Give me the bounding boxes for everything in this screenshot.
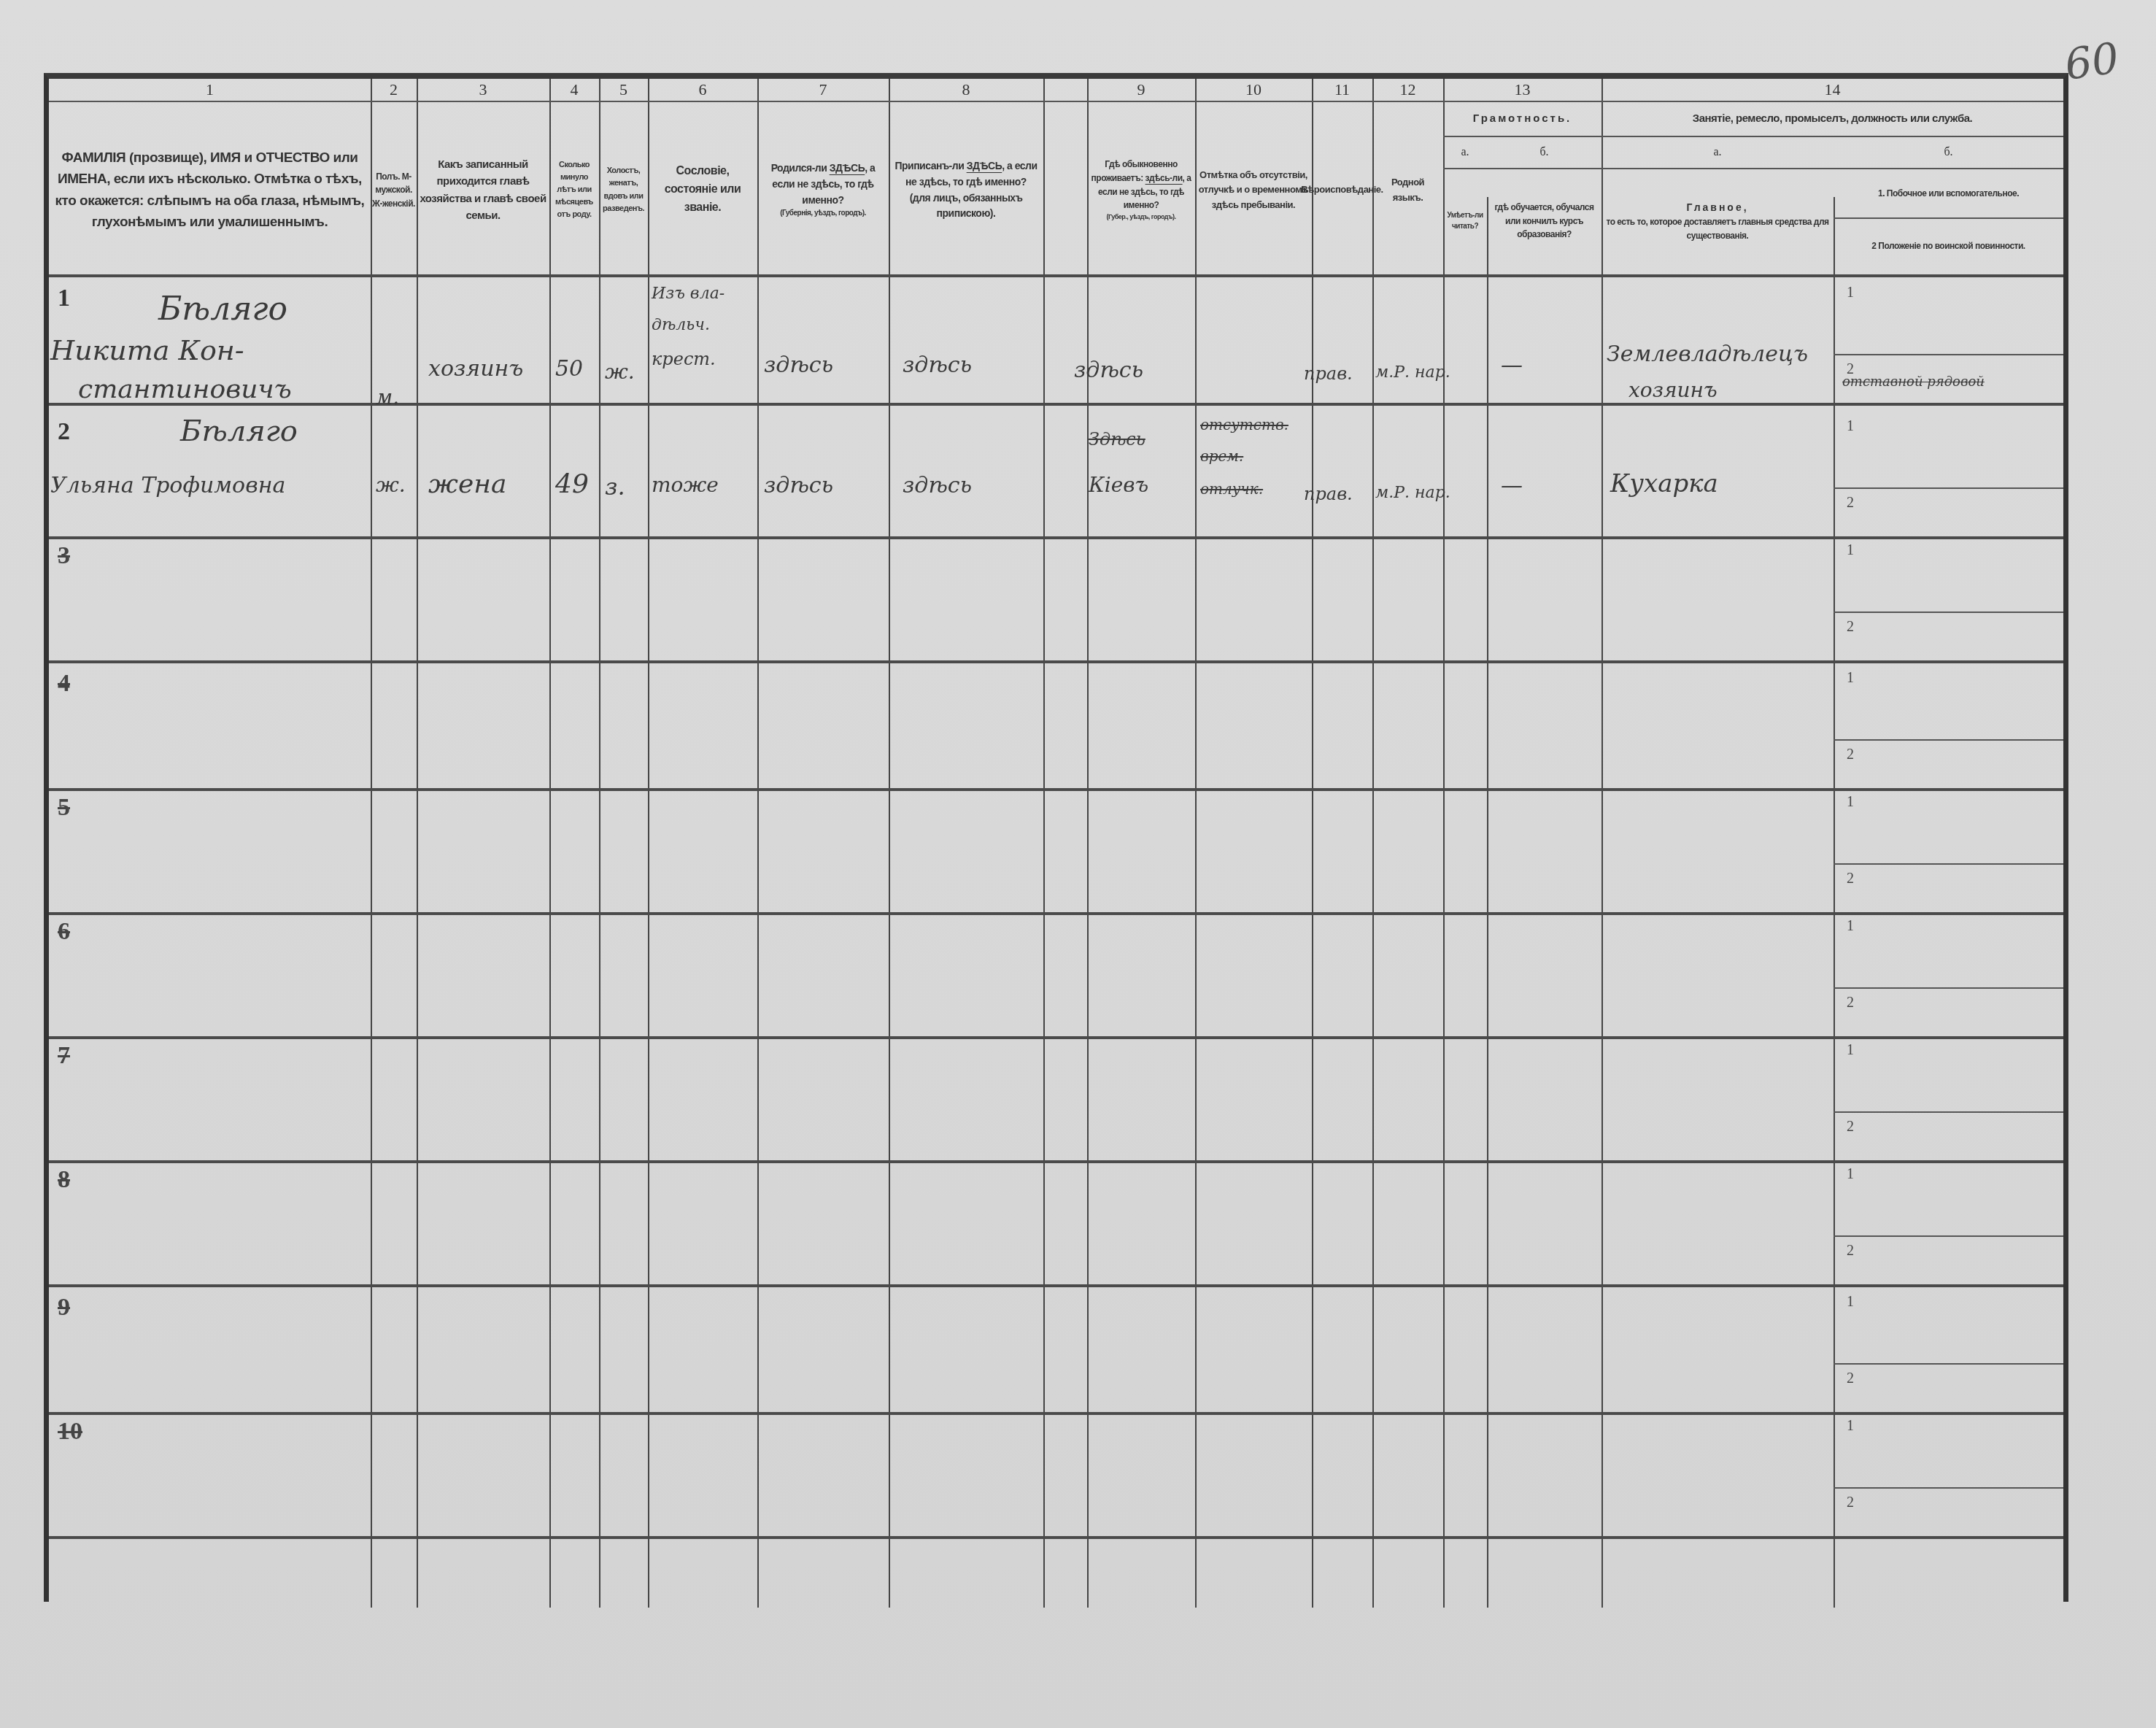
header-col6-estate: Сословіе, состояніе или званіе. xyxy=(652,108,754,272)
row2-sex: ж. xyxy=(376,473,406,497)
colnum-8: 8 xyxy=(889,79,1043,101)
row1-marital: ж. xyxy=(605,360,635,384)
colnum-9: 9 xyxy=(1087,79,1195,101)
row2-surname: Бѣляго xyxy=(180,414,298,448)
colnum-13: 13 xyxy=(1443,79,1601,101)
census-form-table: 1 2 3 4 5 6 7 8 9 10 11 12 13 14 ФАМИЛІЯ… xyxy=(44,73,2068,1602)
row1-occupation-main-2: хозяинъ xyxy=(1628,378,1718,402)
row2-occupation-main: Кухарка xyxy=(1610,469,1718,498)
row-rule xyxy=(49,912,2063,915)
row1-surname: Бѣляго xyxy=(158,290,287,328)
subrow-rule xyxy=(1834,739,2063,741)
header-col10-absence: Отмѣтка объ отсутствіи, отлучкѣ и о врем… xyxy=(1197,108,1310,272)
header-col11-religion: Вѣроисповѣданіе. xyxy=(1314,108,1370,272)
colnum-14: 14 xyxy=(1601,79,2063,101)
subrow-label-1: 1 xyxy=(1847,794,1854,811)
subrow-label-1: 1 xyxy=(1847,918,1854,935)
page-number: 60 xyxy=(2062,33,2122,90)
subrow-label-1: 1 xyxy=(1847,1166,1854,1183)
header-col13a-label: Умѣетъ-ли читать? xyxy=(1445,170,1485,272)
header-col8-registered: Приписанъ-ли ЗДѢСЬ, а если не здѣсь, то … xyxy=(892,108,1040,272)
row-number: 5 xyxy=(58,794,70,822)
header-col4-age: Сколько минуло лѣтъ или мѣсяцевъ отъ род… xyxy=(551,108,598,272)
row1-residence: здѣсь xyxy=(1074,358,1143,383)
colnum-10: 10 xyxy=(1195,79,1312,101)
row2-birthplace: здѣсь xyxy=(764,473,833,498)
header-col13b-letter: б. xyxy=(1487,137,1601,168)
col-divider xyxy=(1487,197,1488,1608)
row2-literacy-a: — xyxy=(1501,473,1523,498)
col-divider xyxy=(599,79,600,1608)
row-number: 3 xyxy=(58,542,70,570)
colnum-7: 7 xyxy=(757,79,889,101)
row-number: 1 xyxy=(58,285,70,312)
col-divider xyxy=(1601,79,1603,1608)
subrow-label-2: 2 xyxy=(1847,1243,1854,1260)
row1-estate-1: Изъ вла- xyxy=(652,285,725,303)
col-divider xyxy=(1195,79,1197,1608)
subrow-rule xyxy=(1834,612,2063,613)
row1-estate-2: дѣльч. xyxy=(652,316,710,334)
subrow-label-2: 2 xyxy=(1847,1494,1854,1511)
col-divider xyxy=(1043,79,1045,1608)
row2-religion: прав. xyxy=(1304,484,1353,504)
subrow-rule xyxy=(1834,487,2063,489)
row1-patronymic: стантиновичъ xyxy=(78,374,292,404)
row-rule xyxy=(49,1284,2063,1287)
row2-absence-2: врем. xyxy=(1200,447,1243,465)
row1-literacy-a: — xyxy=(1501,352,1523,378)
subrow-label-1: 1 xyxy=(1847,670,1854,687)
subrow-label-2: 2 xyxy=(1847,1370,1854,1387)
col-divider xyxy=(1372,79,1374,1608)
row-rule xyxy=(49,536,2063,539)
subrow-label-2: 2 xyxy=(1847,871,1854,887)
subrow-label-1: 1 xyxy=(1847,1042,1854,1059)
subrow-rule xyxy=(1834,354,2063,355)
row1-estate-3: крест. xyxy=(652,349,716,369)
row2-relation: жена xyxy=(428,469,506,499)
row1-occupation-main-1: Землевладѣлецъ xyxy=(1607,342,1808,367)
col-divider xyxy=(757,79,759,1608)
colnum-6: 6 xyxy=(648,79,757,101)
subrow-rule xyxy=(1834,987,2063,989)
row-rule xyxy=(49,660,2063,663)
row2-absence-1: отсутств. xyxy=(1200,416,1288,433)
subrow-label-1: 1 xyxy=(1847,418,1854,435)
header-col13a-letter: а. xyxy=(1443,137,1487,168)
row-number: 9 xyxy=(58,1294,70,1322)
row1-birthplace: здѣсь xyxy=(764,352,833,378)
row2-absence-3: отлучк. xyxy=(1200,480,1263,498)
col-divider xyxy=(1087,79,1089,1608)
row1-language: м.Р. нар. xyxy=(1375,363,1450,382)
subrow-label-1: 1 xyxy=(1847,542,1854,559)
subrow-label-2: 2 xyxy=(1847,1119,1854,1135)
row-number: 10 xyxy=(58,1418,82,1446)
col-divider xyxy=(1443,79,1445,1608)
header-col13-title: Грамотность. xyxy=(1443,102,1601,136)
row1-age: 50 xyxy=(555,356,583,382)
header-col9-residence: Гдѣ обыкновенно проживаетъ: здѣсь-ли, а … xyxy=(1090,108,1192,272)
row1-religion: прав. xyxy=(1304,363,1353,384)
colnum-11: 11 xyxy=(1312,79,1372,101)
subrow-label-1: 1 xyxy=(1847,1294,1854,1311)
header-col14b-item2: 2 Положеніе по воинской повинности. xyxy=(1836,219,2060,273)
col-divider xyxy=(1834,197,1835,1608)
row2-marital: з. xyxy=(605,473,625,501)
header-col7-birthplace: Родился-ли ЗДѢСЬ, а если не здѣсь, то гд… xyxy=(760,108,886,272)
row-rule xyxy=(49,1536,2063,1539)
row-number: 4 xyxy=(58,670,70,698)
row-rule xyxy=(49,1036,2063,1039)
header-col14b-item1: 1. Побочное или вспомогательное. xyxy=(1836,170,2060,217)
row-rule xyxy=(49,1160,2063,1163)
row-rule xyxy=(49,1412,2063,1415)
header-col3-relation: Какъ записанный приходится главѣ хозяйст… xyxy=(420,108,546,272)
row2-language: м.Р. нар. xyxy=(1375,484,1450,502)
row1-military-status: отставной рядовой xyxy=(1842,374,1985,390)
row-number: 8 xyxy=(58,1166,70,1194)
row2-estate: тоже xyxy=(652,473,719,497)
header-col1-name: ФАМИЛІЯ (прозвище), ИМЯ и ОТЧЕСТВО или И… xyxy=(55,108,365,272)
row-number: 7 xyxy=(58,1042,70,1070)
col-divider xyxy=(1312,79,1313,1608)
row-number: 2 xyxy=(58,418,70,446)
subrow-label-2: 2 xyxy=(1847,619,1854,636)
header-bottom-rule xyxy=(49,274,2063,277)
colnum-2: 2 xyxy=(371,79,417,101)
row2-age: 49 xyxy=(555,469,589,499)
header-col13b-label: гдѣ обучается, обучался или кончилъ курс… xyxy=(1490,170,1599,272)
row2-residence-struck: Здѣсь xyxy=(1089,429,1145,450)
col-divider xyxy=(417,79,418,1608)
header-col14-title: Занятіе, ремесло, промыселъ, должность и… xyxy=(1601,102,2063,136)
census-sheet: 60 1 2 3 4 5 6 7 8 9 10 11 xyxy=(0,0,2156,1728)
row-rule xyxy=(49,788,2063,791)
row2-residence: Кіевъ xyxy=(1089,473,1148,497)
subrow-rule xyxy=(1834,1235,2063,1237)
header-col14b-letter: б. xyxy=(1834,137,2063,168)
col-divider xyxy=(648,79,649,1608)
row1-sex: м. xyxy=(376,385,399,409)
header-col14a-letter: а. xyxy=(1601,137,1834,168)
col-divider xyxy=(889,79,890,1608)
header-col12-language: Родной языкъ. xyxy=(1375,108,1440,272)
colnum-5: 5 xyxy=(599,79,648,101)
row-number: 6 xyxy=(58,918,70,946)
row-rule xyxy=(49,403,2063,406)
colnum-3: 3 xyxy=(417,79,549,101)
subheader-rule xyxy=(1443,168,2063,169)
subrow-rule xyxy=(1834,1111,2063,1113)
subrow-rule xyxy=(1834,1487,2063,1489)
colnum-12: 12 xyxy=(1372,79,1443,101)
subrow-rule xyxy=(1834,863,2063,865)
row1-registered: здѣсь xyxy=(903,352,972,378)
col-divider xyxy=(371,79,372,1608)
subrow-label-2: 2 xyxy=(1847,747,1854,763)
subrow-label-1: 1 xyxy=(1847,1418,1854,1435)
header-col5-marital: Холостъ, женатъ, вдовъ или разведенъ. xyxy=(600,108,646,272)
colnum-4: 4 xyxy=(549,79,599,101)
col-divider xyxy=(549,79,551,1608)
header-col2-sex: Полъ. М-мужской. Ж-женскій. xyxy=(372,108,415,272)
header-col14a-label: Главное, то есть то, которое доставляетъ… xyxy=(1604,170,1831,272)
row2-registered: здѣсь xyxy=(903,473,972,498)
row1-relation: хозяинъ xyxy=(428,356,523,382)
subrow-label-1: 1 xyxy=(1847,285,1854,301)
subrow-rule xyxy=(1834,1363,2063,1365)
colnum-1: 1 xyxy=(49,79,371,101)
row2-name: Ульяна Трофимовна xyxy=(50,473,285,498)
row1-name: Никита Кон- xyxy=(50,334,244,366)
subrow-label-2: 2 xyxy=(1847,995,1854,1011)
subrow-label-2: 2 xyxy=(1847,495,1854,512)
